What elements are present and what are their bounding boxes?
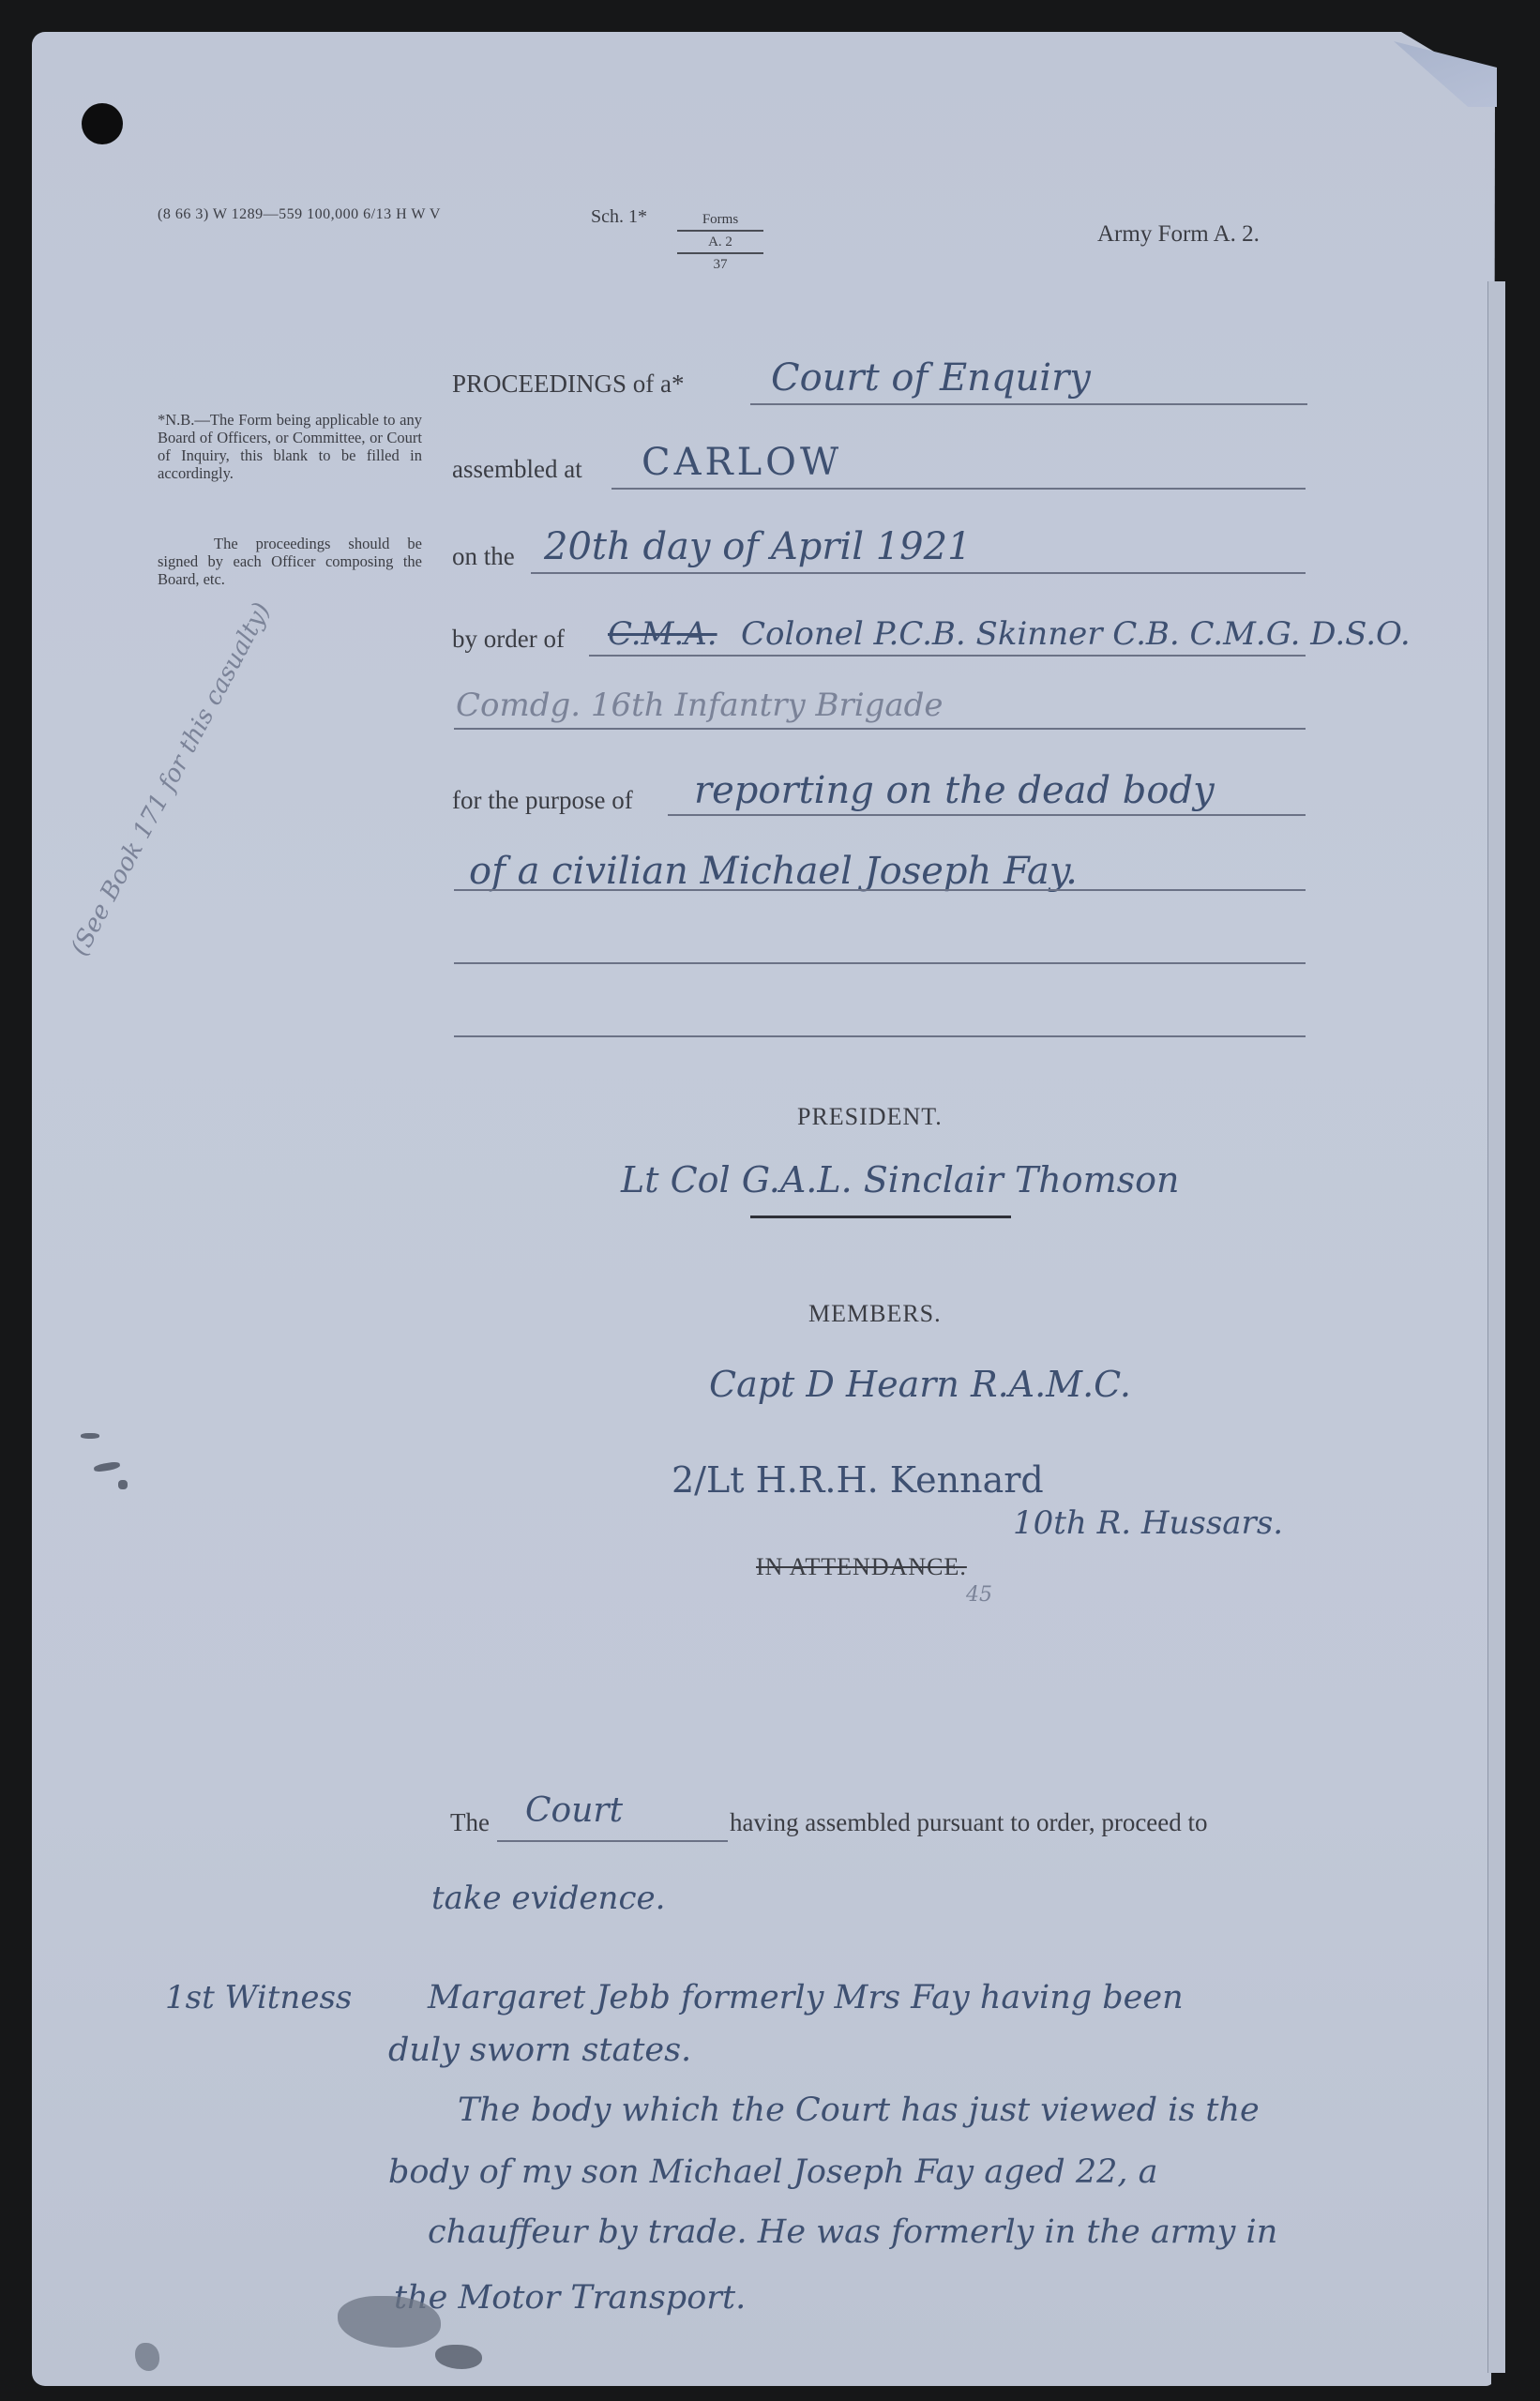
forms-fraction: Forms A. 2 37 xyxy=(677,210,763,274)
proceedings-label: PROCEEDINGS of a* xyxy=(452,370,685,399)
print-code: (8 66 3) W 1289—559 100,000 6/13 H W V xyxy=(158,206,441,223)
forms-fraction-top: Forms xyxy=(677,210,763,229)
schedule-label: Sch. 1* xyxy=(591,206,647,228)
order-rule xyxy=(589,655,1306,657)
nb-note: *N.B.—The Form being applicable to any B… xyxy=(158,411,422,482)
date-value: 20th day of April 1921 xyxy=(544,525,972,568)
member-2-regiment: 10th R. Hussars. xyxy=(1013,1504,1283,1542)
attendance-heading: IN ATTENDANCE. xyxy=(756,1553,967,1581)
forms-fraction-bottom: 37 xyxy=(677,255,763,274)
form-title: Army Form A. 2. xyxy=(1097,221,1260,248)
president-heading: PRESIDENT. xyxy=(797,1103,943,1131)
order-struck-text: C.M.A. xyxy=(608,615,717,653)
purpose-rule xyxy=(668,814,1306,816)
members-heading: MEMBERS. xyxy=(808,1300,942,1328)
order-value-line2: Comdg. 16th Infantry Brigade xyxy=(456,687,944,724)
member-2: 2/Lt H.R.H. Kennard xyxy=(672,1459,1044,1501)
testimony-line-3: The body which the Court has just viewed… xyxy=(458,2091,1260,2129)
assembly-body-value: Court xyxy=(525,1791,623,1830)
date-label: on the xyxy=(452,542,515,571)
president-rule xyxy=(750,1216,1011,1218)
testimony-line-6: the Motor Transport. xyxy=(394,2279,746,2317)
fraction-bar xyxy=(677,252,763,254)
member-1: Capt D Hearn R.A.M.C. xyxy=(709,1364,1131,1405)
purpose-value: reporting on the dead body xyxy=(694,769,1215,812)
punch-hole xyxy=(82,103,123,144)
proceedings-rule xyxy=(750,403,1307,405)
assembly-rule xyxy=(497,1840,728,1842)
page-edge xyxy=(1487,281,1505,2373)
attendance-annotation: 45 xyxy=(966,1583,992,1607)
assembled-rule xyxy=(611,488,1306,490)
pencil-mark xyxy=(81,1433,99,1439)
assembly-the-label: The xyxy=(450,1808,490,1837)
order-value: Colonel P.C.B. Skinner C.B. C.M.G. D.S.O… xyxy=(741,615,1411,653)
order-label: by order of xyxy=(452,625,565,654)
date-rule xyxy=(531,572,1306,574)
ink-stain xyxy=(135,2343,159,2371)
blank-rule-2 xyxy=(454,1035,1306,1037)
assembled-label: assembled at xyxy=(452,455,582,484)
fraction-bar xyxy=(677,230,763,232)
testimony-line-1: Margaret Jebb formerly Mrs Fay having be… xyxy=(428,1979,1184,2016)
president-name: Lt Col G.A.L. Sinclair Thomson xyxy=(621,1159,1180,1200)
testimony-line-2: duly sworn states. xyxy=(388,2031,691,2069)
purpose-label: for the purpose of xyxy=(452,786,633,815)
forms-fraction-middle: A. 2 xyxy=(677,233,763,251)
document-sheet xyxy=(32,32,1495,2386)
purpose-rule-2 xyxy=(454,889,1306,891)
proceedings-value: Court of Enquiry xyxy=(771,356,1091,400)
assembly-action: take evidence. xyxy=(431,1880,665,1917)
assembly-continuation: having assembled pursuant to order, proc… xyxy=(730,1808,1208,1837)
purpose-value-line2: of a civilian Michael Joseph Fay. xyxy=(469,850,1078,893)
witness-label: 1st Witness xyxy=(165,1979,352,2016)
order-rule-2 xyxy=(454,728,1306,730)
testimony-line-5: chauffeur by trade. He was formerly in t… xyxy=(428,2213,1277,2251)
blank-rule-1 xyxy=(454,962,1306,964)
pencil-mark xyxy=(118,1480,128,1489)
assembled-value: CARLOW xyxy=(642,441,842,484)
testimony-line-4: body of my son Michael Joseph Fay aged 2… xyxy=(388,2153,1157,2191)
signing-note: The proceedings should be signed by each… xyxy=(158,535,422,588)
